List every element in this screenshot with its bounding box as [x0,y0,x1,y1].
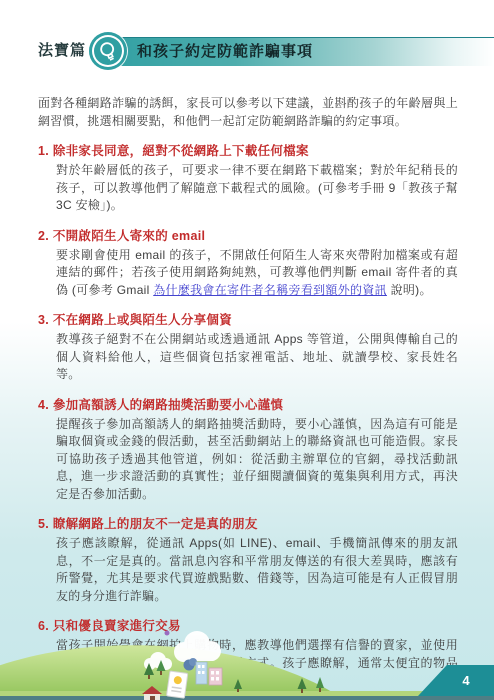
section-body: 孩子應該瞭解，從通訊 Apps(如 LINE)、email、手機簡訊傳來的朋友訊… [56,535,458,605]
section-heading: 5. 瞭解網路上的朋友不一定是真的朋友 [38,516,458,533]
page-header: 法寶篇 和孩子約定防範詐騙事項 [0,36,494,66]
section-heading: 4. 參加高額誘人的網路抽獎活動要小心謹慎 [38,397,458,414]
section-body: 要求剛會使用 email 的孩子，不開啟任何陌生人寄來夾帶附加檔案或有超連結的郵… [56,247,458,300]
section-number: 5. [38,517,49,531]
advice-section: 2. 不開啟陌生人寄來的 email 要求剛會使用 email 的孩子，不開啟任… [38,228,458,300]
section-body: 當孩子開始學會在網拍上購物時，應教導他們選擇有信譽的賣家，並使用超商付款取件，或… [56,637,458,690]
section-title: 參加高額誘人的網路抽獎活動要小心謹慎 [53,398,283,412]
section-heading: 3. 不在網路上或與陌生人分享個資 [38,312,458,329]
gmail-help-link[interactable]: 為什麼我會在寄件者名稱旁看到額外的資訊 [153,283,387,297]
section-heading: 1. 除非家長同意，絕對不從網路上下載任何檔案 [38,143,458,160]
advice-section: 1. 除非家長同意，絕對不從網路上下載任何檔案 對於年齡層低的孩子，可要求一律不… [38,143,458,215]
section-heading: 2. 不開啟陌生人寄來的 email [38,228,458,245]
section-number: 3. [38,313,49,327]
section-body: 提醒孩子參加高額誘人的網路抽獎活動時，要小心謹慎，因為這有可能是騙取個資或金錢的… [56,416,458,504]
advice-section: 3. 不在網路上或與陌生人分享個資 教導孩子絕對不在公開網站或透過通訊 Apps… [38,312,458,384]
page-bottom-edge [0,696,494,700]
section-title: 不在網路上或與陌生人分享個資 [53,313,232,327]
section-title: 除非家長同意，絕對不從網路上下載任何檔案 [53,144,309,158]
advice-section: 6. 只和優良賣家進行交易 當孩子開始學會在網拍上購物時，應教導他們選擇有信譽的… [38,618,458,690]
intro-paragraph: 面對各種網路詐騙的誘餌，家長可以參考以下建議，並斟酌孩子的年齡層與上網習慣，挑選… [38,95,458,130]
section-heading: 6. 只和優良賣家進行交易 [38,618,458,635]
advice-section: 5. 瞭解網路上的朋友不一定是真的朋友 孩子應該瞭解，從通訊 Apps(如 LI… [38,516,458,605]
section-title: 只和優良賣家進行交易 [53,619,181,633]
section-number: 1. [38,144,49,158]
section-number: 6. [38,619,49,633]
section-number: 4. [38,398,49,412]
section-body: 教導孩子絕對不在公開網站或透過通訊 Apps 等管道，公開與傳輸自己的個人資料給… [56,331,458,384]
advice-sections-list: 1. 除非家長同意，絕對不從網路上下載任何檔案 對於年齡層低的孩子，可要求一律不… [38,143,458,690]
section-category-label: 法寶篇 [38,36,86,66]
content-area: 面對各種網路詐騙的誘餌，家長可以參考以下建議，並斟酌孩子的年齡層與上網習慣，挑選… [38,95,458,690]
section-title: 瞭解網路上的朋友不一定是真的朋友 [53,517,258,531]
section-number: 2. [38,229,49,243]
advice-section: 4. 參加高額誘人的網路抽獎活動要小心謹慎 提醒孩子參加高額誘人的網路抽獎活動時… [38,397,458,504]
handbook-page: 法寶篇 和孩子約定防範詐騙事項 面對各種網路詐騙的誘餌，家長可以參考以下建議，並… [0,0,494,700]
section-body: 對於年齡層低的孩子，可要求一律不要在網路下載檔案；對於年紀稍長的孩子，可以教導他… [56,162,458,215]
page-title: 和孩子約定防範詐騙事項 [137,37,313,66]
lightbulb-icon [89,32,127,70]
section-title: 不開啟陌生人寄來的 email [53,229,205,243]
page-number: 4 [462,673,469,688]
